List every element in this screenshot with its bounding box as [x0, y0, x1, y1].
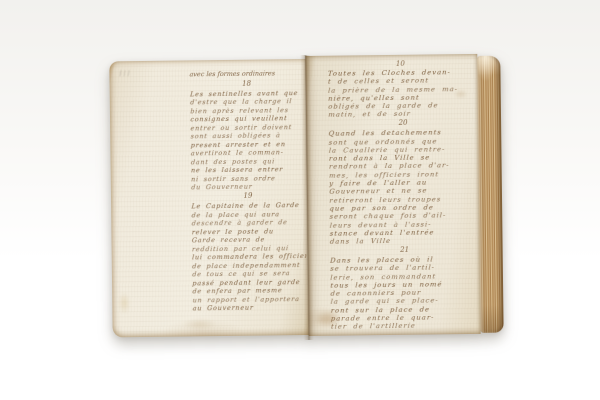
section-19-continuation-text: Toutes les Cloches devan-t de celles et … — [327, 68, 478, 120]
section-21-text: Dans les places où ilse trouvera de l'ar… — [330, 255, 481, 331]
section-19-text: Le Capitaine de la Gardede la place qui … — [191, 201, 306, 313]
section-20-text: Quand les detachementssont que ordonnés … — [328, 128, 479, 246]
left-page: avec les formes ordinaires 18 Les sentin… — [109, 59, 308, 337]
manuscript-line: au Gouverneur — [192, 303, 307, 313]
fore-edge-highlight — [478, 56, 496, 82]
open-book: avec les formes ordinaires 18 Les sentin… — [109, 53, 503, 343]
right-page: 10 Toutes les Cloches devan-t de celles … — [305, 54, 480, 336]
left-page-text-column: avec les formes ordinaires 18 Les sentin… — [189, 69, 306, 313]
section-18-text: Les sentinelles avant qued'estre que la … — [190, 89, 305, 192]
manuscript-line: tier de l'artillerie — [331, 321, 481, 331]
faded-corner-inscription — [118, 70, 136, 76]
right-page-text-column: 10 Toutes les Cloches devan-t de celles … — [327, 58, 480, 331]
fore-edge-pages — [477, 56, 503, 333]
photo-background: avec les formes ordinaires 18 Les sentin… — [0, 0, 600, 400]
section-number-18: 18 — [190, 79, 304, 90]
